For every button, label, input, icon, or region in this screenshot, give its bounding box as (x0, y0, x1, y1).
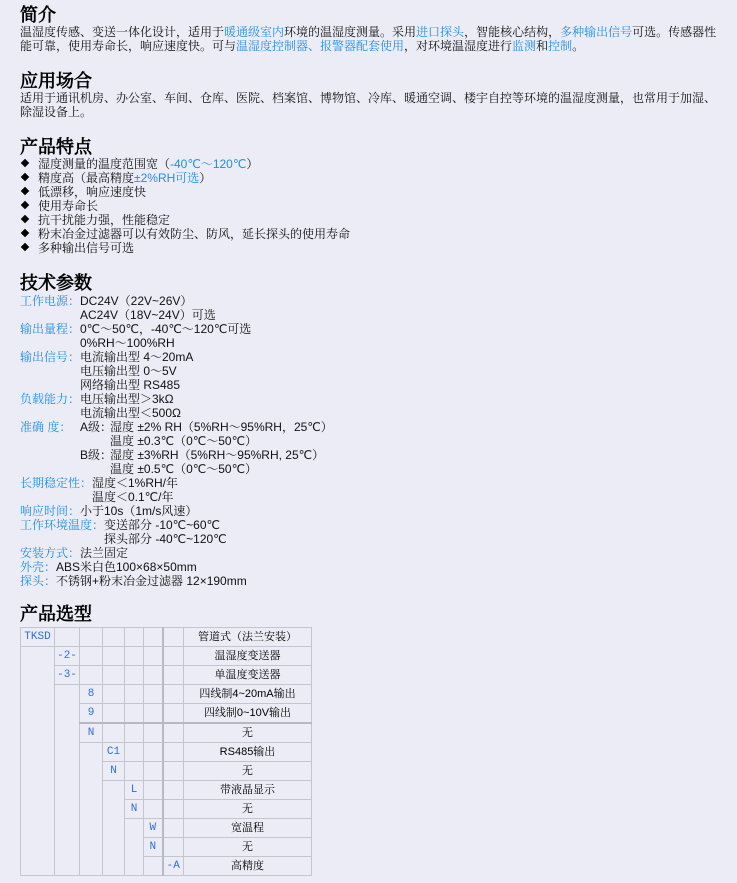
spec-row-response-time: 响应时间： 小于10s（1m/s风速） (20, 504, 727, 518)
intro-text: 温湿度传感、变送一体化设计，适用于 (20, 25, 224, 39)
spec-value: 温度 ±0.3℃（0℃～50℃） (110, 434, 257, 448)
spec-value: 电压输出型＞3kΩ (80, 392, 174, 406)
intro-section: 简介 温湿度传感、变送一体化设计，适用于暖通级室内环境的温湿度测量。采用进口探头… (20, 5, 727, 53)
link-controller-alarm[interactable]: 温湿度控制器、报警器配套使用 (236, 39, 404, 53)
spec-value: 电流输出型＜500Ω (80, 406, 181, 420)
empty-cell (103, 685, 125, 704)
spec-value: AC24V（18V~24V）可选 (80, 308, 216, 322)
features-section: 产品特点 湿度测量的温度范围宽（-40℃～120℃） 精度高（最高精度±2%RH… (20, 137, 727, 255)
spec-label: 负载能力： (20, 392, 80, 406)
model-selection-table: TKSD 管道式（法兰安装） -2- 温湿度变送器 -3- (20, 627, 312, 876)
spec-label: 工作电源： (20, 294, 80, 308)
code-cell: N (125, 800, 144, 819)
spec-value: 0%RH～100%RH (80, 336, 175, 350)
link-imported-probe[interactable]: 进口探头 (416, 25, 464, 39)
empty-cell (163, 800, 184, 819)
spec-value: 0℃～50℃，-40℃～120℃可选 (80, 322, 251, 336)
feature-text: 粉末冶金过滤器可以有效防尘、防风，延长探头的使用寿命 (38, 227, 350, 241)
diamond-bullet-icon (21, 159, 29, 167)
spec-value: 电压输出型 0～5V (80, 364, 177, 378)
link-monitoring[interactable]: 监测 (512, 39, 536, 53)
spec-grade: B级： (80, 448, 112, 462)
spec-label: 安装方式： (20, 546, 80, 560)
empty-cell (125, 762, 144, 781)
feature-highlight: ±2%RH可选 (134, 171, 199, 185)
empty-cell (163, 704, 184, 724)
empty-cell (125, 743, 144, 762)
intro-text: 。 (572, 39, 584, 53)
feature-item: 粉末冶金过滤器可以有效防尘、防风，延长探头的使用寿命 (20, 227, 727, 241)
spec-label: 准确 度： (20, 420, 71, 434)
empty-cell (163, 819, 184, 838)
spec-row-continuation: 0%RH～100%RH (20, 336, 727, 350)
specs-section: 技术参数 工作电源： DC24V（22V~26V） AC24V（18V~24V）… (20, 273, 727, 588)
spec-label: 外壳： (20, 560, 56, 574)
empty-cell (144, 628, 163, 647)
spec-value: 法兰固定 (80, 546, 128, 560)
desc-cell: 四线制4~20mA输出 (184, 685, 312, 704)
merged-cell (55, 685, 80, 876)
empty-cell (125, 628, 144, 647)
empty-cell (163, 666, 184, 685)
spec-row-output-signal: 输出信号： 电流输出型 4～20mA (20, 350, 727, 364)
spec-row-continuation: 温度 ±0.3℃（0℃～50℃） (20, 434, 727, 448)
feature-text: 低漂移，响应速度快 (38, 185, 146, 199)
desc-cell: 带液晶显示 (184, 781, 312, 800)
diamond-bullet-icon (21, 201, 29, 209)
code-cell: TKSD (21, 628, 55, 647)
merged-cell (125, 819, 144, 876)
spec-row-load-capacity: 负载能力： 电压输出型＞3kΩ (20, 392, 727, 406)
empty-cell (163, 781, 184, 800)
empty-cell (144, 704, 163, 724)
feature-text: ） (199, 171, 211, 185)
specs-heading: 技术参数 (20, 273, 727, 293)
spec-value: 温度＜0.1℃/年 (92, 490, 174, 504)
empty-cell (125, 685, 144, 704)
spec-label: 长期稳定性： (20, 476, 92, 490)
desc-cell: 无 (184, 800, 312, 819)
empty-cell (103, 723, 125, 743)
spec-row-continuation: AC24V（18V~24V）可选 (20, 308, 727, 322)
spec-label: 输出量程： (20, 322, 80, 336)
desc-cell: 温湿度变送器 (184, 647, 312, 666)
desc-cell: 高精度 (184, 857, 312, 876)
intro-text: 可选。传感器性 (632, 25, 716, 39)
spec-value: 温度 ±0.5℃（0℃～50℃） (110, 462, 257, 476)
desc-cell: 单温度变送器 (184, 666, 312, 685)
desc-cell: 无 (184, 838, 312, 857)
spec-row-accuracy: 准确 度： A级： 湿度 ±2% RH（5%RH～95%RH，25℃） (20, 420, 727, 434)
empty-cell (103, 628, 125, 647)
desc-cell: RS485输出 (184, 743, 312, 762)
empty-cell (144, 743, 163, 762)
empty-cell (163, 743, 184, 762)
empty-cell (163, 685, 184, 704)
feature-item: 低漂移，响应速度快 (20, 185, 727, 199)
empty-cell (125, 647, 144, 666)
empty-cell (125, 666, 144, 685)
application-line-1: 适用于通讯机房、办公室、车间、仓库、医院、档案馆、博物馆、冷库、暖通空调、楼宇自… (20, 91, 727, 105)
empty-cell (125, 723, 144, 743)
application-heading: 应用场合 (20, 71, 727, 91)
spec-value: 变送部分 -10℃~60℃ (104, 518, 220, 532)
feature-item: 多种输出信号可选 (20, 241, 727, 255)
spec-row-housing: 外壳： ABS米白色100×68×50mm (20, 560, 727, 574)
empty-cell (103, 647, 125, 666)
feature-item: 湿度测量的温度范围宽（-40℃～120℃） (20, 157, 727, 171)
feature-text: 湿度测量的温度范围宽（ (38, 157, 170, 171)
code-cell: L (125, 781, 144, 800)
empty-cell (144, 666, 163, 685)
desc-cell: 无 (184, 762, 312, 781)
code-cell: 9 (80, 704, 103, 724)
code-cell: -A (163, 857, 184, 876)
spec-row-power-supply: 工作电源： DC24V（22V~26V） (20, 294, 727, 308)
feature-text: 精度高（最高精度 (38, 171, 134, 185)
intro-text: 和 (536, 39, 548, 53)
application-section: 应用场合 适用于通讯机房、办公室、车间、仓库、医院、档案馆、博物馆、冷库、暖通空… (20, 71, 727, 119)
spec-value: 网络输出型 RS485 (80, 378, 180, 392)
table-row: 8 四线制4~20mA输出 (21, 685, 312, 704)
spec-row-continuation: 温度 ±0.5℃（0℃～50℃） (20, 462, 727, 476)
empty-cell (125, 704, 144, 724)
empty-cell (144, 800, 163, 819)
merged-cell (21, 647, 55, 876)
empty-cell (103, 704, 125, 724)
spec-row-continuation: 温度＜0.1℃/年 (20, 490, 727, 504)
spec-label: 响应时间： (20, 504, 80, 518)
intro-text: 能可靠，使用寿命长，响应速度快。可与 (20, 39, 236, 53)
table-row: -3- 单温度变送器 (21, 666, 312, 685)
spec-row-continuation: 网络输出型 RS485 (20, 378, 727, 392)
desc-cell: 四线制0~10V输出 (184, 704, 312, 724)
code-cell: W (144, 819, 163, 838)
empty-cell (55, 628, 80, 647)
diamond-bullet-icon (21, 173, 29, 181)
spec-label: 工作环境温度： (20, 518, 104, 532)
empty-cell (80, 628, 103, 647)
empty-cell (144, 685, 163, 704)
empty-cell (163, 838, 184, 857)
intro-heading: 简介 (20, 5, 727, 25)
code-cell: -3- (55, 666, 80, 685)
feature-item: 使用寿命长 (20, 199, 727, 213)
spec-row-installation: 安装方式： 法兰固定 (20, 546, 727, 560)
selection-section: 产品选型 TKSD 管道式（法兰安装） -2- 温湿度变送器 (20, 604, 727, 876)
intro-text: ，对环境温湿度进行 (404, 39, 512, 53)
spec-row-output-range: 输出量程： 0℃～50℃，-40℃～120℃可选 (20, 322, 727, 336)
empty-cell (80, 647, 103, 666)
diamond-bullet-icon (21, 243, 29, 251)
spec-row-continuation: 电压输出型 0～5V (20, 364, 727, 378)
empty-cell (144, 647, 163, 666)
code-cell: -2- (55, 647, 80, 666)
empty-cell (103, 666, 125, 685)
empty-cell (163, 628, 184, 647)
diamond-bullet-icon (21, 229, 29, 237)
code-cell: C1 (103, 743, 125, 762)
feature-highlight: -40℃～120℃ (170, 157, 246, 171)
features-heading: 产品特点 (20, 137, 727, 157)
spec-grade: A级： (80, 420, 112, 434)
spec-value: 小于10s（1m/s风速） (80, 504, 197, 518)
table-row: -2- 温湿度变送器 (21, 647, 312, 666)
spec-label: 探头： (20, 574, 56, 588)
desc-cell: 管道式（法兰安装） (184, 628, 312, 647)
application-line-2: 除湿设备上。 (20, 105, 727, 119)
link-multiple-outputs[interactable]: 多种输出信号 (560, 25, 632, 39)
intro-line-2: 能可靠，使用寿命长，响应速度快。可与温湿度控制器、报警器配套使用，对环境温湿度进… (20, 39, 727, 53)
empty-cell (144, 857, 163, 876)
spec-row-operating-temperature: 工作环境温度： 变送部分 -10℃~60℃ (20, 518, 727, 532)
spec-value: 湿度 ±3%RH（5%RH～95%RH, 25℃） (110, 448, 324, 462)
code-cell: N (80, 723, 103, 743)
spec-row-continuation: 探头部分 -40℃~120℃ (20, 532, 727, 546)
empty-cell (144, 723, 163, 743)
spec-row-continuation: 电流输出型＜500Ω (20, 406, 727, 420)
merged-cell (80, 743, 103, 876)
feature-text: 使用寿命长 (38, 199, 98, 213)
spec-label: 输出信号： (20, 350, 80, 364)
spec-row-long-term-stability: 长期稳定性： 湿度＜1%RH/年 (20, 476, 727, 490)
spec-row-continuation: B级： 湿度 ±3%RH（5%RH～95%RH, 25℃） (20, 448, 727, 462)
spec-value: 湿度 ±2% RH（5%RH～95%RH，25℃） (110, 420, 333, 434)
selection-heading: 产品选型 (20, 604, 727, 624)
spec-value: 探头部分 -40℃~120℃ (104, 532, 227, 546)
spec-value: ABS米白色100×68×50mm (56, 560, 197, 574)
feature-text: 抗干扰能力强，性能稳定 (38, 213, 170, 227)
spec-value: 不锈钢+粉末冶金过滤器 12×190mm (56, 574, 247, 588)
desc-cell: 宽温程 (184, 819, 312, 838)
empty-cell (163, 723, 184, 743)
intro-line-1: 温湿度传感、变送一体化设计，适用于暖通级室内环境的温湿度测量。采用进口探头，智能… (20, 25, 727, 39)
merged-cell (103, 781, 125, 876)
spec-value: 电流输出型 4～20mA (80, 350, 193, 364)
diamond-bullet-icon (21, 215, 29, 223)
diamond-bullet-icon (21, 187, 29, 195)
desc-cell: 无 (184, 723, 312, 743)
intro-text: ，智能核心结构， (464, 25, 560, 39)
feature-item: 抗干扰能力强，性能稳定 (20, 213, 727, 227)
empty-cell (144, 762, 163, 781)
spec-value: 湿度＜1%RH/年 (92, 476, 178, 490)
link-control[interactable]: 控制 (548, 39, 572, 53)
empty-cell (163, 647, 184, 666)
feature-text: 多种输出信号可选 (38, 241, 134, 255)
spec-value: DC24V（22V~26V） (80, 294, 192, 308)
code-cell: 8 (80, 685, 103, 704)
empty-cell (163, 762, 184, 781)
code-cell: N (103, 762, 125, 781)
empty-cell (80, 666, 103, 685)
link-hvac-indoor[interactable]: 暖通级室内 (224, 25, 284, 39)
spec-row-probe: 探头： 不锈钢+粉末冶金过滤器 12×190mm (20, 574, 727, 588)
table-row: TKSD 管道式（法兰安装） (21, 628, 312, 647)
empty-cell (144, 781, 163, 800)
code-cell: N (144, 838, 163, 857)
intro-text: 环境的温湿度测量。采用 (284, 25, 416, 39)
feature-text: ） (246, 157, 258, 171)
feature-item: 精度高（最高精度±2%RH可选） (20, 171, 727, 185)
